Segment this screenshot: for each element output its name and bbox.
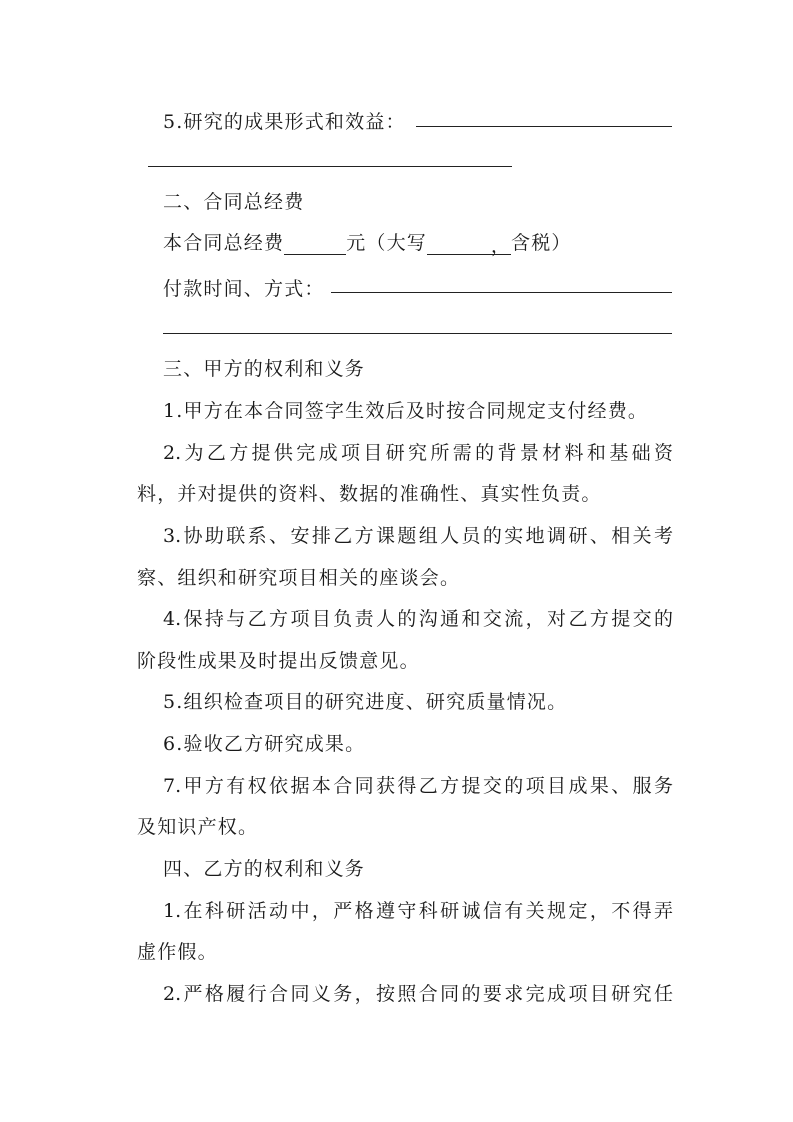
results-form-label: 5.研究的成果形式和效益： <box>163 110 406 134</box>
section3-item-2-line1: 2.为乙方提供完成项目研究所需的背景材料和基础资 <box>163 441 673 465</box>
section3-item-4-line1: 4.保持与乙方项目负责人的沟通和交流，对乙方提交的 <box>163 607 673 631</box>
results-form-blank-1[interactable] <box>416 126 672 127</box>
section4-heading: 四、乙方的权利和义务 <box>163 857 365 881</box>
total-fee-comma: ， <box>491 235 511 257</box>
payment-blank-2[interactable] <box>163 333 672 334</box>
section3-item-3-line1: 3.协助联系、安排乙方课题组人员的实地调研、相关考 <box>163 524 673 548</box>
section4-item-1-line2: 虚作假。 <box>137 940 218 964</box>
total-fee-capital-blank[interactable]: ， <box>427 234 511 255</box>
section4-item-2-line1: 2.严格履行合同义务，按照合同的要求完成项目研究任 <box>163 982 673 1006</box>
total-fee-line: 本合同总经费元（大写，含税） <box>163 231 572 255</box>
total-fee-suffix: 含税） <box>511 232 572 254</box>
section3-item-7-line2: 及知识产权。 <box>137 815 258 839</box>
total-fee-unit: 元（大写 <box>346 232 427 254</box>
section4-item-1-line1: 1.在科研活动中，严格遵守科研诚信有关规定，不得弄 <box>163 899 673 923</box>
section3-heading: 三、甲方的权利和义务 <box>163 357 365 381</box>
section3-item-3-line2: 察、组织和研究项目相关的座谈会。 <box>137 566 460 590</box>
section3-item-4-line2: 阶段性成果及时提出反馈意见。 <box>137 649 420 673</box>
payment-label: 付款时间、方式： <box>163 277 325 301</box>
payment-blank-1[interactable] <box>331 292 672 293</box>
section3-item-1: 1.甲方在本合同签字生效后及时按合同规定支付经费。 <box>163 399 648 423</box>
section3-item-6: 6.验收乙方研究成果。 <box>163 732 365 756</box>
section2-heading: 二、合同总经费 <box>163 190 304 214</box>
section3-item-5: 5.组织检查项目的研究进度、研究质量情况。 <box>163 690 567 714</box>
results-form-blank-2[interactable] <box>148 166 512 167</box>
section3-item-7-line1: 7.甲方有权依据本合同获得乙方提交的项目成果、服务 <box>163 774 673 798</box>
section3-item-2-line2: 料，并对提供的资料、数据的准确性、真实性负责。 <box>137 482 602 506</box>
total-fee-amount-blank[interactable] <box>284 234 346 255</box>
total-fee-prefix: 本合同总经费 <box>163 232 284 254</box>
